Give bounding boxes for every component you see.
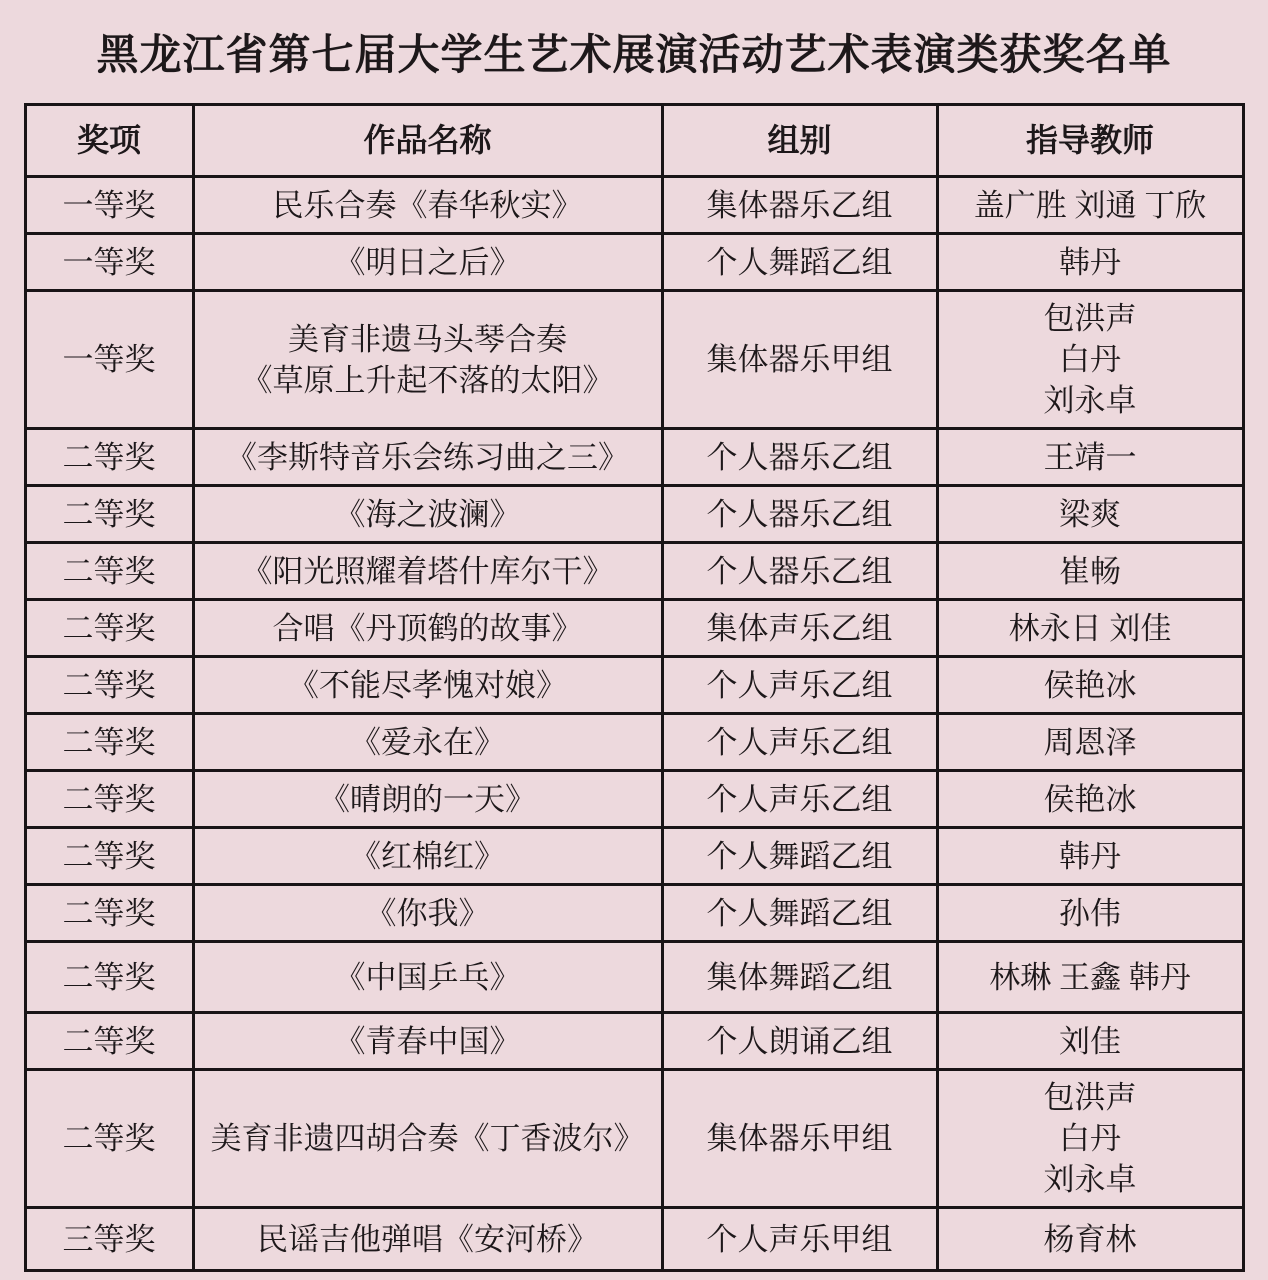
group-cell: 个人器乐乙组 bbox=[662, 543, 937, 600]
group-cell: 集体舞蹈乙组 bbox=[662, 942, 937, 1013]
table-row: 二等奖合唱《丹顶鹤的故事》集体声乐乙组林永日 刘佳 bbox=[25, 600, 1243, 657]
cell-line: 侯艳冰 bbox=[943, 779, 1238, 820]
award-cell: 二等奖 bbox=[25, 486, 193, 543]
cell-line: 个人器乐乙组 bbox=[668, 551, 932, 592]
page: { "title": "黑龙江省第七届大学生艺术展演活动艺术表演类获奖名单", … bbox=[0, 0, 1268, 1280]
group-cell: 个人器乐乙组 bbox=[662, 429, 937, 486]
award-cell: 二等奖 bbox=[25, 714, 193, 771]
cell-line: 韩丹 bbox=[943, 836, 1238, 877]
teachers-cell: 崔畅 bbox=[937, 543, 1243, 600]
table-row: 二等奖《你我》个人舞蹈乙组孙伟 bbox=[25, 885, 1243, 942]
table-row: 二等奖《青春中国》个人朗诵乙组刘佳 bbox=[25, 1013, 1243, 1070]
cell-line: 盖广胜 刘通 丁欣 bbox=[943, 185, 1238, 226]
table-row: 二等奖《不能尽孝愧对娘》个人声乐乙组侯艳冰 bbox=[25, 657, 1243, 714]
award-cell: 二等奖 bbox=[25, 429, 193, 486]
cell-line: 二等奖 bbox=[31, 893, 188, 934]
cell-line: 二等奖 bbox=[31, 665, 188, 706]
cell-line: 集体舞蹈乙组 bbox=[668, 957, 932, 998]
awards-table: 奖项 作品名称 组别 指导教师 一等奖民乐合奏《春华秋实》集体器乐乙组盖广胜 刘… bbox=[24, 103, 1245, 1272]
group-cell: 集体器乐乙组 bbox=[662, 177, 937, 234]
teachers-cell: 包洪声白丹刘永卓 bbox=[937, 291, 1243, 429]
cell-line: 《明日之后》 bbox=[199, 242, 657, 283]
work-cell: 《红棉红》 bbox=[193, 828, 662, 885]
work-cell: 美育非遗马头琴合奏《草原上升起不落的太阳》 bbox=[193, 291, 662, 429]
cell-line: 《中国乒乓》 bbox=[199, 957, 657, 998]
cell-line: 梁爽 bbox=[943, 494, 1238, 535]
cell-line: 一等奖 bbox=[31, 185, 188, 226]
table-row: 二等奖美育非遗四胡合奏《丁香波尔》集体器乐甲组包洪声白丹刘永卓 bbox=[25, 1070, 1243, 1208]
work-cell: 《中国乒乓》 bbox=[193, 942, 662, 1013]
cell-line: 民谣吉他弹唱《安河桥》 bbox=[199, 1219, 657, 1260]
cell-line: 个人声乐乙组 bbox=[668, 722, 932, 763]
teachers-cell: 王靖一 bbox=[937, 429, 1243, 486]
table-row: 二等奖《中国乒乓》集体舞蹈乙组林琳 王鑫 韩丹 bbox=[25, 942, 1243, 1013]
cell-line: 二等奖 bbox=[31, 722, 188, 763]
teachers-cell: 侯艳冰 bbox=[937, 771, 1243, 828]
work-cell: 《李斯特音乐会练习曲之三》 bbox=[193, 429, 662, 486]
header-row: 奖项 作品名称 组别 指导教师 bbox=[25, 105, 1243, 177]
award-cell: 二等奖 bbox=[25, 1070, 193, 1208]
cell-line: 《草原上升起不落的太阳》 bbox=[199, 360, 657, 401]
award-cell: 一等奖 bbox=[25, 291, 193, 429]
page-title: 黑龙江省第七届大学生艺术展演活动艺术表演类获奖名单 bbox=[0, 32, 1268, 80]
work-cell: 美育非遗四胡合奏《丁香波尔》 bbox=[193, 1070, 662, 1208]
cell-line: 二等奖 bbox=[31, 1118, 188, 1159]
cell-line: 《不能尽孝愧对娘》 bbox=[199, 665, 657, 706]
cell-line: 《晴朗的一天》 bbox=[199, 779, 657, 820]
cell-line: 韩丹 bbox=[943, 242, 1238, 283]
award-cell: 二等奖 bbox=[25, 657, 193, 714]
group-cell: 个人声乐乙组 bbox=[662, 714, 937, 771]
teachers-cell: 刘佳 bbox=[937, 1013, 1243, 1070]
cell-line: 二等奖 bbox=[31, 957, 188, 998]
cell-line: 三等奖 bbox=[31, 1219, 188, 1260]
cell-line: 崔畅 bbox=[943, 551, 1238, 592]
cell-line: 侯艳冰 bbox=[943, 665, 1238, 706]
award-cell: 二等奖 bbox=[25, 600, 193, 657]
cell-line: 林永日 刘佳 bbox=[943, 608, 1238, 649]
cell-line: 杨育林 bbox=[943, 1219, 1238, 1260]
award-cell: 三等奖 bbox=[25, 1208, 193, 1271]
cell-line: 二等奖 bbox=[31, 551, 188, 592]
award-cell: 二等奖 bbox=[25, 942, 193, 1013]
cell-line: 王靖一 bbox=[943, 437, 1238, 478]
award-cell: 二等奖 bbox=[25, 828, 193, 885]
cell-line: 白丹 bbox=[943, 1118, 1238, 1159]
teachers-cell: 盖广胜 刘通 丁欣 bbox=[937, 177, 1243, 234]
table-row: 一等奖美育非遗马头琴合奏《草原上升起不落的太阳》集体器乐甲组包洪声白丹刘永卓 bbox=[25, 291, 1243, 429]
cell-line: 二等奖 bbox=[31, 836, 188, 877]
cell-line: 个人声乐乙组 bbox=[668, 779, 932, 820]
table-row: 二等奖《红棉红》个人舞蹈乙组韩丹 bbox=[25, 828, 1243, 885]
cell-line: 白丹 bbox=[943, 339, 1238, 380]
table-row: 一等奖《明日之后》个人舞蹈乙组韩丹 bbox=[25, 234, 1243, 291]
teachers-cell: 林琳 王鑫 韩丹 bbox=[937, 942, 1243, 1013]
award-cell: 二等奖 bbox=[25, 771, 193, 828]
cell-line: 《海之波澜》 bbox=[199, 494, 657, 535]
cell-line: 刘佳 bbox=[943, 1021, 1238, 1062]
column-header-group: 组别 bbox=[662, 105, 937, 177]
cell-line: 二等奖 bbox=[31, 494, 188, 535]
table-row: 二等奖《海之波澜》个人器乐乙组梁爽 bbox=[25, 486, 1243, 543]
teachers-cell: 包洪声白丹刘永卓 bbox=[937, 1070, 1243, 1208]
table-row: 二等奖《李斯特音乐会练习曲之三》个人器乐乙组王靖一 bbox=[25, 429, 1243, 486]
teachers-cell: 周恩泽 bbox=[937, 714, 1243, 771]
cell-line: 一等奖 bbox=[31, 242, 188, 283]
cell-line: 美育非遗四胡合奏《丁香波尔》 bbox=[199, 1118, 657, 1159]
group-cell: 个人舞蹈乙组 bbox=[662, 828, 937, 885]
cell-line: 二等奖 bbox=[31, 779, 188, 820]
work-cell: 《阳光照耀着塔什库尔干》 bbox=[193, 543, 662, 600]
cell-line: 个人声乐甲组 bbox=[668, 1219, 932, 1260]
cell-line: 集体器乐甲组 bbox=[668, 1118, 932, 1159]
award-cell: 一等奖 bbox=[25, 177, 193, 234]
group-cell: 个人朗诵乙组 bbox=[662, 1013, 937, 1070]
teachers-cell: 韩丹 bbox=[937, 234, 1243, 291]
work-cell: 《你我》 bbox=[193, 885, 662, 942]
cell-line: 孙伟 bbox=[943, 893, 1238, 934]
cell-line: 二等奖 bbox=[31, 1021, 188, 1062]
group-cell: 个人器乐乙组 bbox=[662, 486, 937, 543]
cell-line: 周恩泽 bbox=[943, 722, 1238, 763]
group-cell: 个人舞蹈乙组 bbox=[662, 885, 937, 942]
group-cell: 集体器乐甲组 bbox=[662, 1070, 937, 1208]
cell-line: 《红棉红》 bbox=[199, 836, 657, 877]
table-row: 一等奖民乐合奏《春华秋实》集体器乐乙组盖广胜 刘通 丁欣 bbox=[25, 177, 1243, 234]
cell-line: 《爱永在》 bbox=[199, 722, 657, 763]
column-header-award: 奖项 bbox=[25, 105, 193, 177]
cell-line: 《李斯特音乐会练习曲之三》 bbox=[199, 437, 657, 478]
cell-line: 林琳 王鑫 韩丹 bbox=[943, 957, 1238, 998]
cell-line: 刘永卓 bbox=[943, 380, 1238, 421]
teachers-cell: 侯艳冰 bbox=[937, 657, 1243, 714]
cell-line: 民乐合奏《春华秋实》 bbox=[199, 185, 657, 226]
group-cell: 个人声乐乙组 bbox=[662, 771, 937, 828]
cell-line: 个人声乐乙组 bbox=[668, 665, 932, 706]
work-cell: 合唱《丹顶鹤的故事》 bbox=[193, 600, 662, 657]
cell-line: 个人舞蹈乙组 bbox=[668, 893, 932, 934]
cell-line: 二等奖 bbox=[31, 608, 188, 649]
cell-line: 《青春中国》 bbox=[199, 1021, 657, 1062]
teachers-cell: 梁爽 bbox=[937, 486, 1243, 543]
group-cell: 个人声乐甲组 bbox=[662, 1208, 937, 1271]
cell-line: 个人器乐乙组 bbox=[668, 437, 932, 478]
award-cell: 二等奖 bbox=[25, 1013, 193, 1070]
work-cell: 《不能尽孝愧对娘》 bbox=[193, 657, 662, 714]
teachers-cell: 孙伟 bbox=[937, 885, 1243, 942]
cell-line: 个人器乐乙组 bbox=[668, 494, 932, 535]
cell-line: 刘永卓 bbox=[943, 1159, 1238, 1200]
award-cell: 二等奖 bbox=[25, 543, 193, 600]
table-row: 二等奖《阳光照耀着塔什库尔干》个人器乐乙组崔畅 bbox=[25, 543, 1243, 600]
cell-line: 个人朗诵乙组 bbox=[668, 1021, 932, 1062]
group-cell: 个人舞蹈乙组 bbox=[662, 234, 937, 291]
group-cell: 集体声乐乙组 bbox=[662, 600, 937, 657]
work-cell: 民乐合奏《春华秋实》 bbox=[193, 177, 662, 234]
group-cell: 集体器乐甲组 bbox=[662, 291, 937, 429]
cell-line: 二等奖 bbox=[31, 437, 188, 478]
cell-line: 个人舞蹈乙组 bbox=[668, 836, 932, 877]
cell-line: 包洪声 bbox=[943, 1077, 1238, 1118]
cell-line: 《阳光照耀着塔什库尔干》 bbox=[199, 551, 657, 592]
work-cell: 《明日之后》 bbox=[193, 234, 662, 291]
work-cell: 民谣吉他弹唱《安河桥》 bbox=[193, 1208, 662, 1271]
cell-line: 集体声乐乙组 bbox=[668, 608, 932, 649]
cell-line: 一等奖 bbox=[31, 339, 188, 380]
cell-line: 合唱《丹顶鹤的故事》 bbox=[199, 608, 657, 649]
column-header-work: 作品名称 bbox=[193, 105, 662, 177]
work-cell: 《爱永在》 bbox=[193, 714, 662, 771]
table-row: 三等奖民谣吉他弹唱《安河桥》个人声乐甲组杨育林 bbox=[25, 1208, 1243, 1271]
cell-line: 集体器乐甲组 bbox=[668, 339, 932, 380]
column-header-teachers: 指导教师 bbox=[937, 105, 1243, 177]
table-row: 二等奖《爱永在》个人声乐乙组周恩泽 bbox=[25, 714, 1243, 771]
cell-line: 包洪声 bbox=[943, 298, 1238, 339]
cell-line: 集体器乐乙组 bbox=[668, 185, 932, 226]
work-cell: 《晴朗的一天》 bbox=[193, 771, 662, 828]
cell-line: 美育非遗马头琴合奏 bbox=[199, 319, 657, 360]
group-cell: 个人声乐乙组 bbox=[662, 657, 937, 714]
teachers-cell: 林永日 刘佳 bbox=[937, 600, 1243, 657]
award-cell: 二等奖 bbox=[25, 885, 193, 942]
table-row: 二等奖《晴朗的一天》个人声乐乙组侯艳冰 bbox=[25, 771, 1243, 828]
work-cell: 《青春中国》 bbox=[193, 1013, 662, 1070]
work-cell: 《海之波澜》 bbox=[193, 486, 662, 543]
cell-line: 个人舞蹈乙组 bbox=[668, 242, 932, 283]
cell-line: 《你我》 bbox=[199, 893, 657, 934]
table-header: 奖项 作品名称 组别 指导教师 bbox=[25, 105, 1243, 177]
teachers-cell: 韩丹 bbox=[937, 828, 1243, 885]
teachers-cell: 杨育林 bbox=[937, 1208, 1243, 1271]
table-body: 一等奖民乐合奏《春华秋实》集体器乐乙组盖广胜 刘通 丁欣一等奖《明日之后》个人舞… bbox=[25, 177, 1243, 1271]
award-cell: 一等奖 bbox=[25, 234, 193, 291]
